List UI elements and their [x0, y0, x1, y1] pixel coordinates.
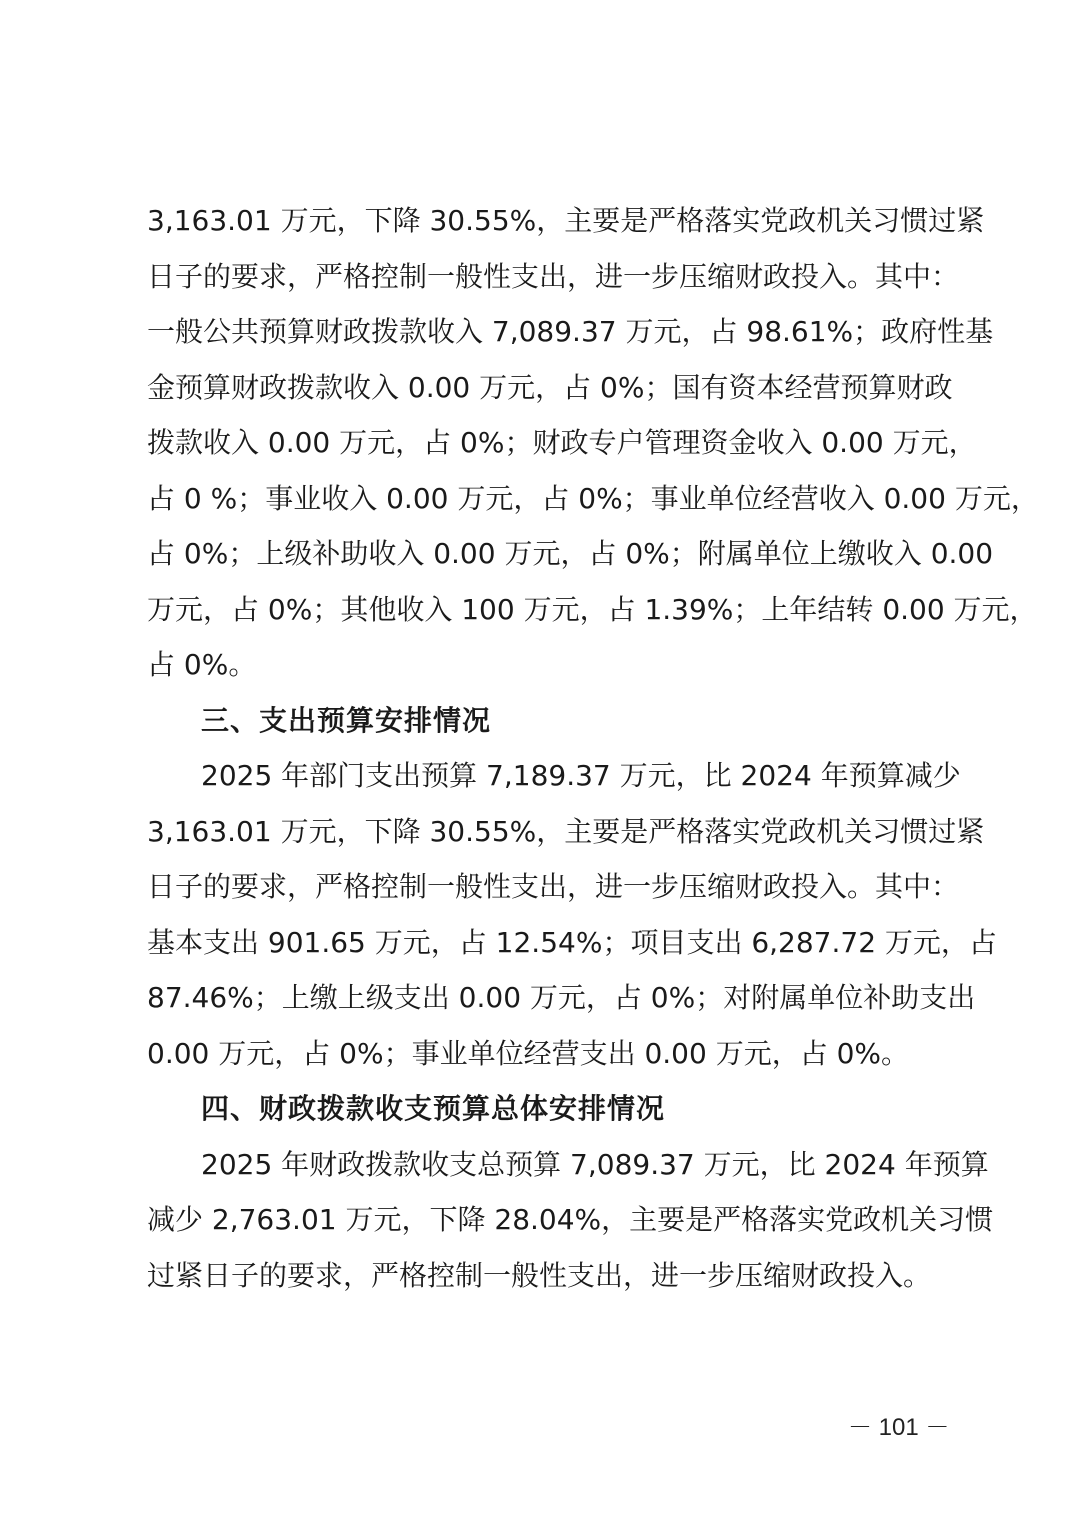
paragraph-line: 2025 年部门支出预算 7,189.37 万元，比 2024 年预算减少: [201, 756, 942, 796]
paragraph-line: 拨款收入 0.00 万元，占 0%；财政专户管理资金收入 0.00 万元，: [147, 423, 942, 463]
paragraph-line: 日子的要求，严格控制一般性支出，进一步压缩财政投入。其中：: [147, 867, 942, 907]
paragraph-line: 0.00 万元，占 0%；事业单位经营支出 0.00 万元，占 0%。: [147, 1034, 942, 1074]
paragraph-line: 日子的要求，严格控制一般性支出，进一步压缩财政投入。其中：: [147, 257, 942, 297]
paragraph-line: 减少 2,763.01 万元，下降 28.04%，主要是严格落实党政机关习惯: [147, 1200, 942, 1240]
paragraph-line: 金预算财政拨款收入 0.00 万元，占 0%；国有资本经营预算财政: [147, 368, 942, 408]
paragraph-line: 占 0 %；事业收入 0.00 万元，占 0%；事业单位经营收入 0.00 万元…: [147, 479, 942, 519]
paragraph-line: 过紧日子的要求，严格控制一般性支出，进一步压缩财政投入。: [147, 1256, 942, 1296]
paragraph-line: 2025 年财政拨款收支总预算 7,089.37 万元，比 2024 年预算: [201, 1145, 942, 1185]
section-heading-expenditure: 三、支出预算安排情况: [201, 701, 491, 741]
paragraph-line: 基本支出 901.65 万元，占 12.54%；项目支出 6,287.72 万元…: [147, 923, 942, 963]
paragraph-line: 一般公共预算财政拨款收入 7,089.37 万元，占 98.61%；政府性基: [147, 312, 942, 352]
section-heading-fiscal-appropriation: 四、财政拨款收支预算总体安排情况: [201, 1089, 665, 1129]
document-page: 3,163.01 万元，下降 30.55%，主要是严格落实党政机关习惯过紧 日子…: [0, 0, 1074, 1520]
page-number: － 101 －: [848, 1408, 949, 1448]
paragraph-line: 87.46%；上缴上级支出 0.00 万元，占 0%；对附属单位补助支出: [147, 978, 942, 1018]
paragraph-line: 万元，占 0%；其他收入 100 万元，占 1.39%；上年结转 0.00 万元…: [147, 590, 942, 630]
paragraph-line: 3,163.01 万元，下降 30.55%，主要是严格落实党政机关习惯过紧: [147, 812, 942, 852]
paragraph-line: 占 0%；上级补助收入 0.00 万元，占 0%；附属单位上缴收入 0.00: [147, 534, 942, 574]
paragraph-line: 3,163.01 万元，下降 30.55%，主要是严格落实党政机关习惯过紧: [147, 201, 942, 241]
paragraph-line: 占 0%。: [147, 645, 942, 685]
